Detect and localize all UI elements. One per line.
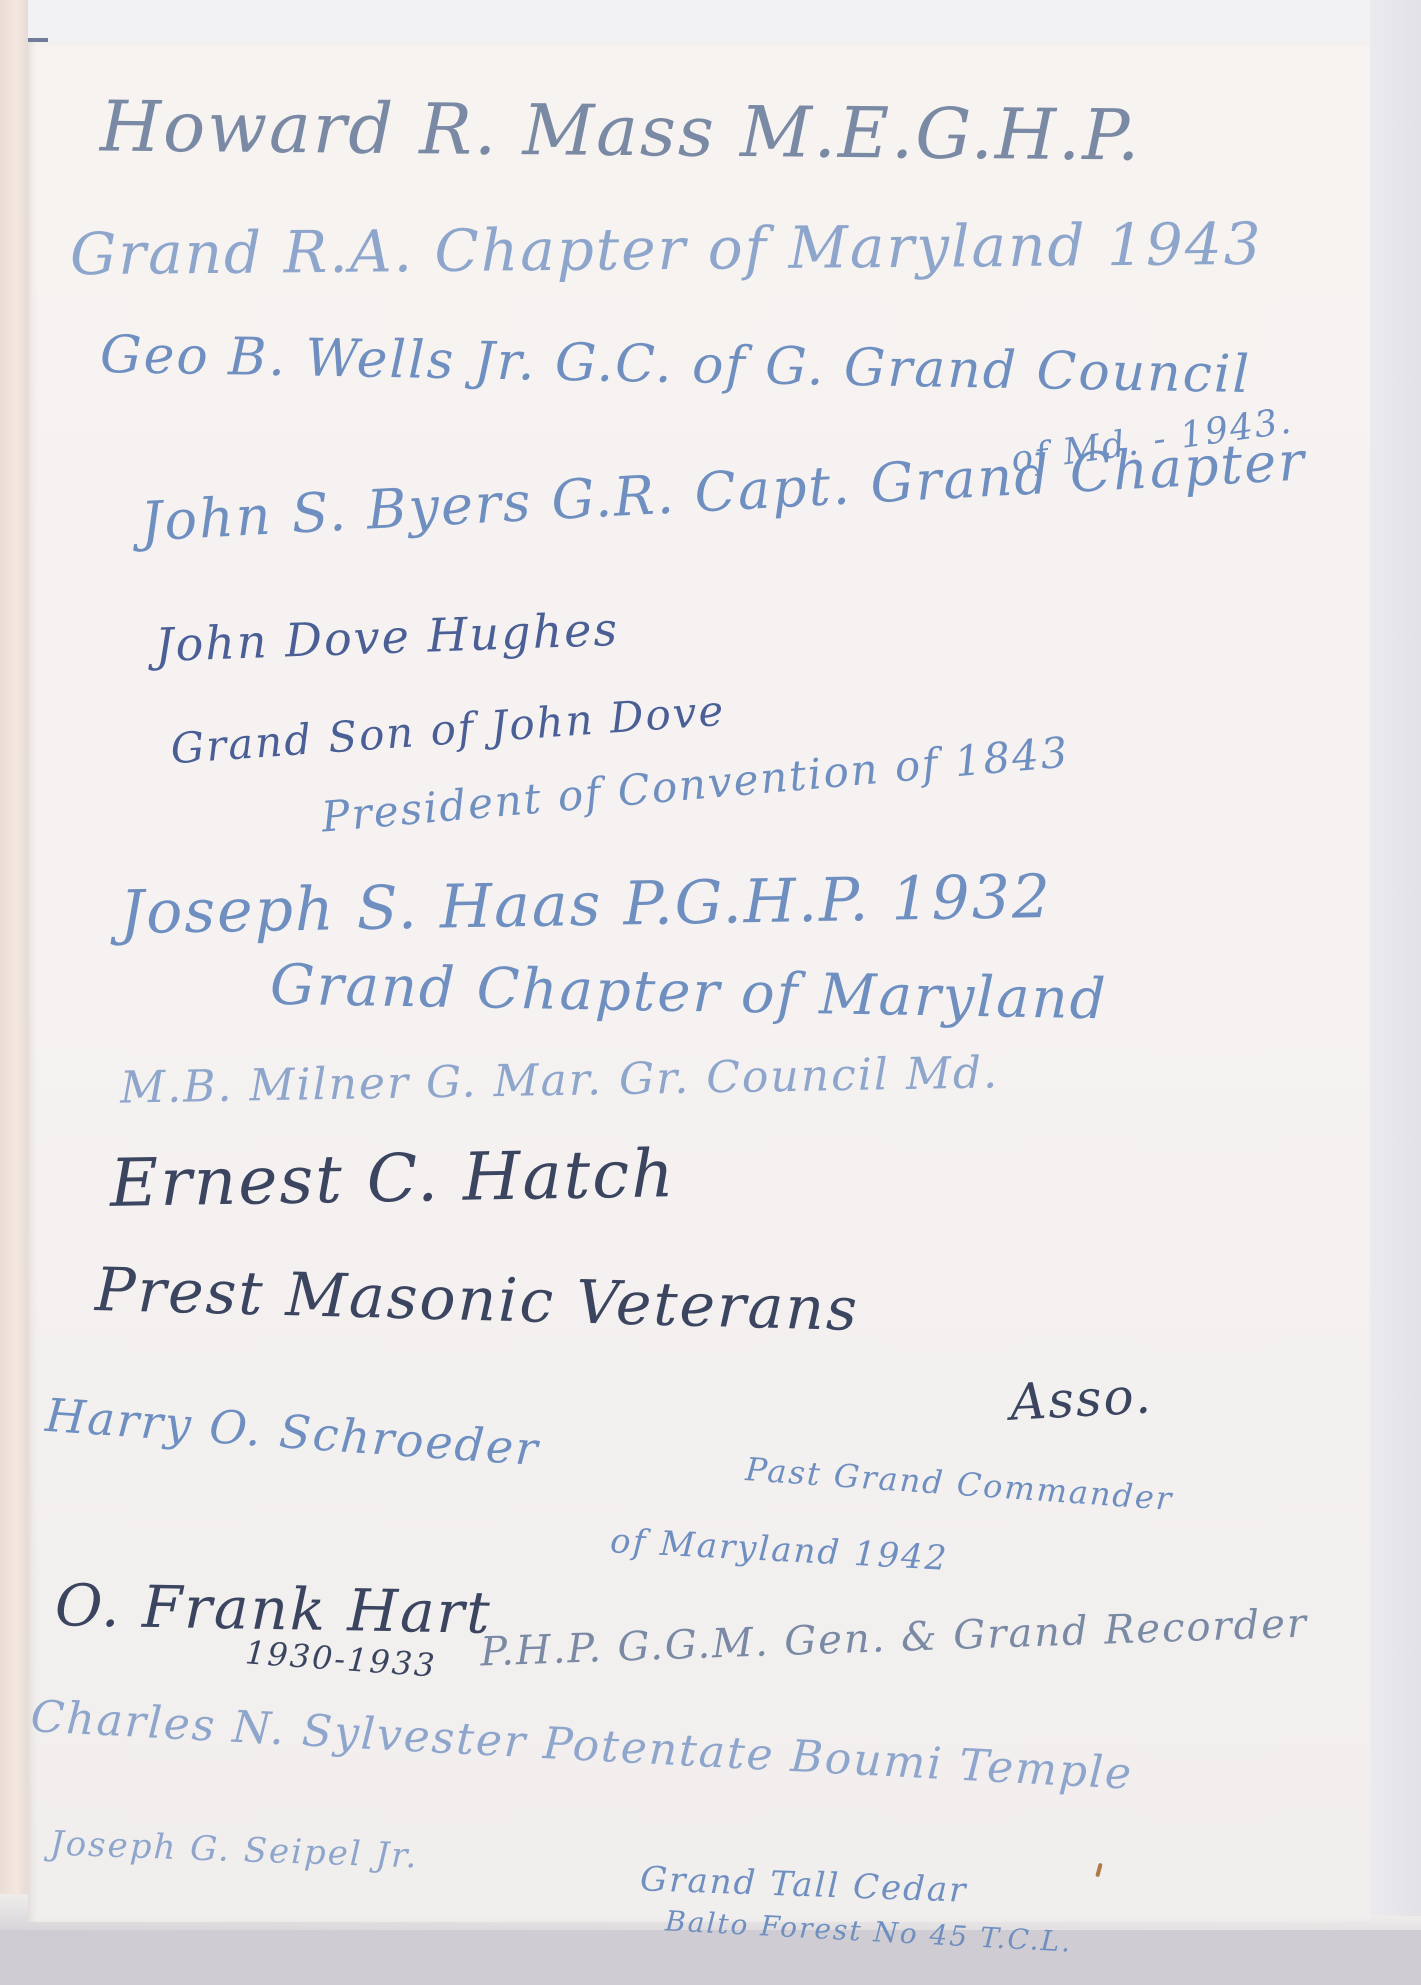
signature-line: Howard R. Mass M.E.G.H.P. <box>100 85 1142 176</box>
signature-line: Ernest C. Hatch <box>109 1135 676 1222</box>
background-top <box>28 0 1370 42</box>
background-right <box>1370 0 1421 1985</box>
title-line: Grand R.A. Chapter of Maryland 1943 <box>70 210 1263 288</box>
title-line: Asso. <box>1009 1366 1154 1431</box>
book-spine-edge <box>0 0 29 1985</box>
